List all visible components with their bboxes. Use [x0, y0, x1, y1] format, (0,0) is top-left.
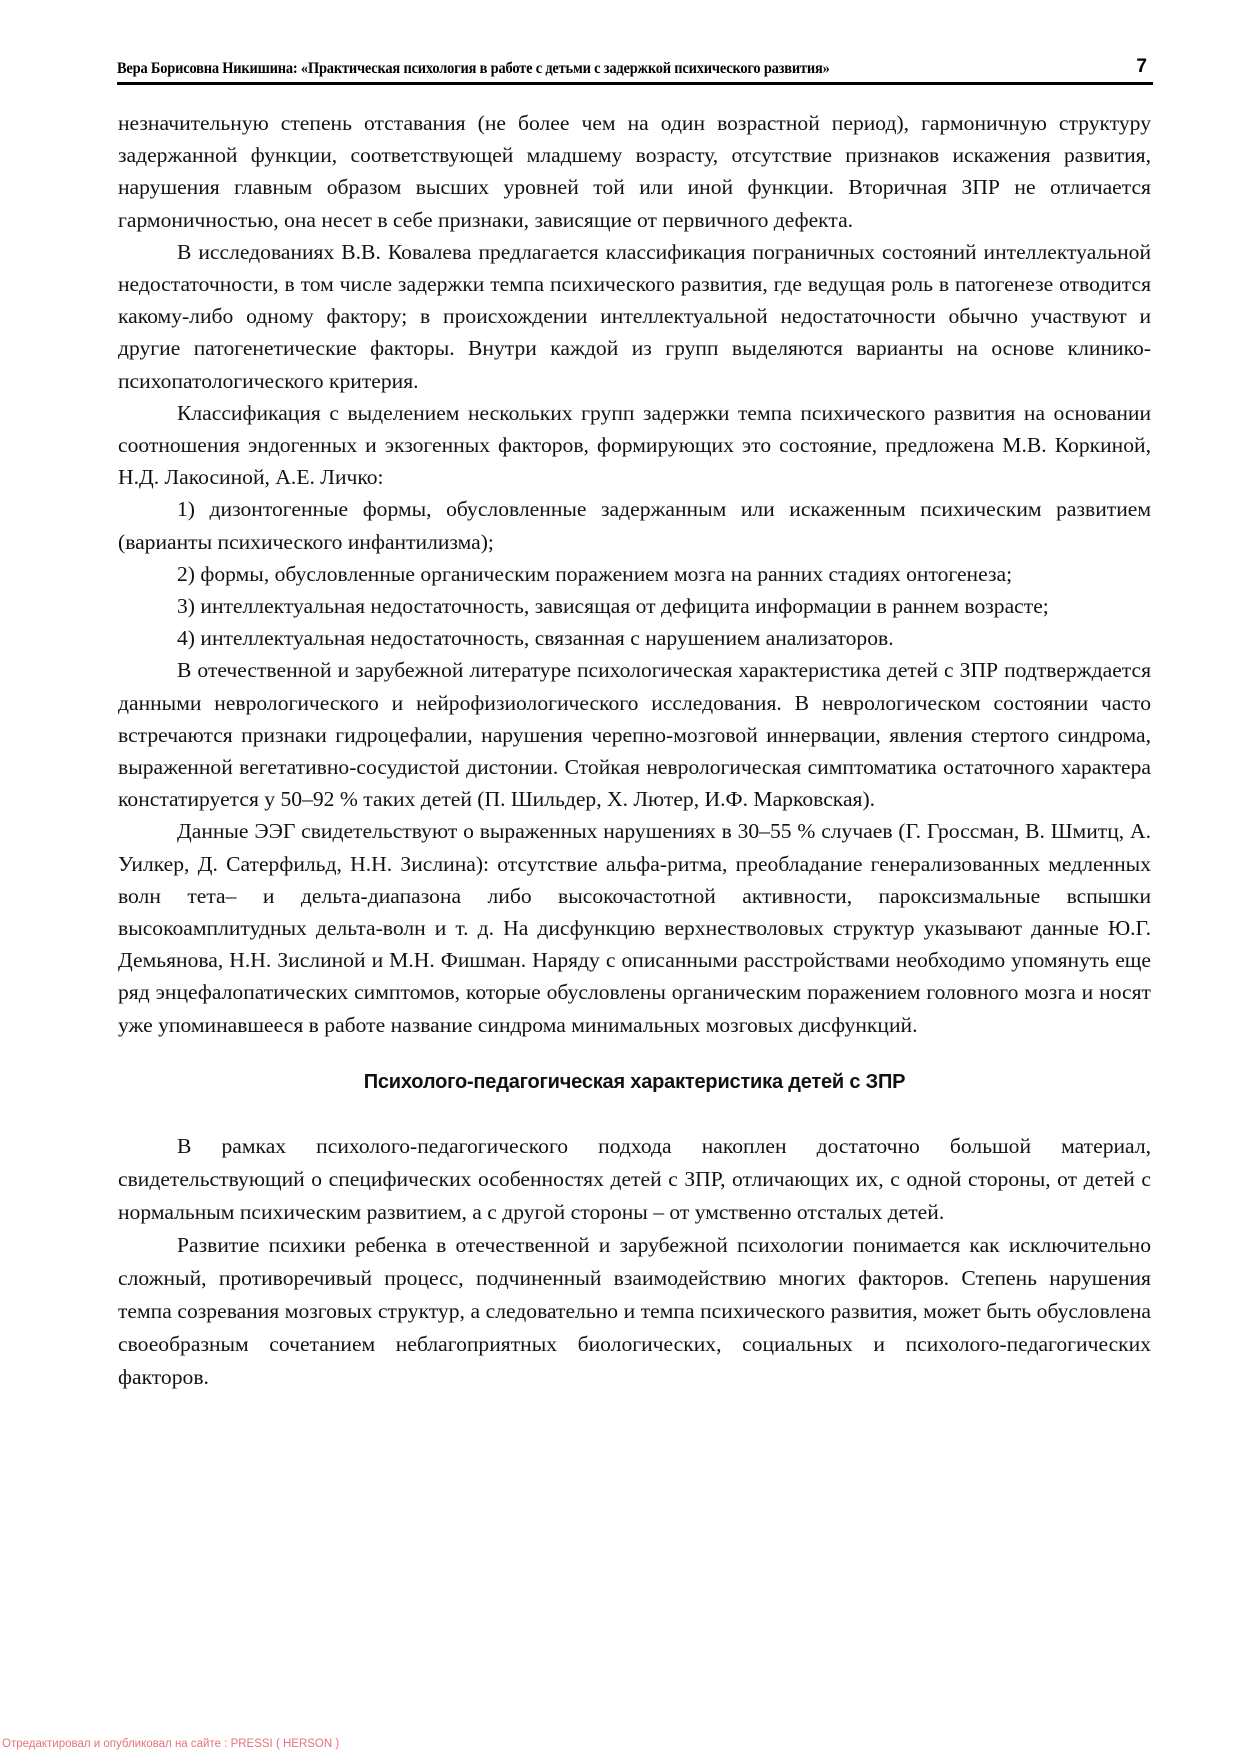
page-number: 7: [1136, 56, 1147, 78]
section-heading: Психолого-педагогическая характеристика …: [118, 1066, 1151, 1098]
footer-credit: Отредактировал и опубликовал на сайте : …: [2, 1738, 339, 1750]
paragraph: Классификация с выделением нескольких гр…: [118, 397, 1151, 494]
header-title: Вера Борисовна Никишина: «Практическая п…: [117, 60, 830, 78]
paragraph: В рамках психолого-педагогического подхо…: [118, 1130, 1151, 1229]
paragraph: Развитие психики ребенка в отечественной…: [118, 1229, 1151, 1394]
list-item: 2) формы, обусловленные органическим пор…: [118, 558, 1151, 590]
list-item: 3) интеллектуальная недостаточность, зав…: [118, 590, 1151, 622]
running-header: Вера Борисовна Никишина: «Практическая п…: [117, 58, 1153, 80]
paragraph: В исследованиях В.В. Ковалева предлагает…: [118, 236, 1151, 397]
paragraph: незначительную степень отставания (не бо…: [118, 107, 1151, 236]
header-rule: [117, 82, 1153, 85]
paragraph: В отечественной и зарубежной литературе …: [118, 654, 1151, 815]
list-item: 4) интеллектуальная недостаточность, свя…: [118, 622, 1151, 654]
paragraph: Данные ЭЭГ свидетельствуют о выраженных …: [118, 815, 1151, 1040]
page-body: незначительную степень отставания (не бо…: [118, 107, 1151, 1394]
section-body: В рамках психолого-педагогического подхо…: [118, 1130, 1151, 1394]
list-item: 1) дизонтогенные формы, обусловленные за…: [118, 493, 1151, 557]
